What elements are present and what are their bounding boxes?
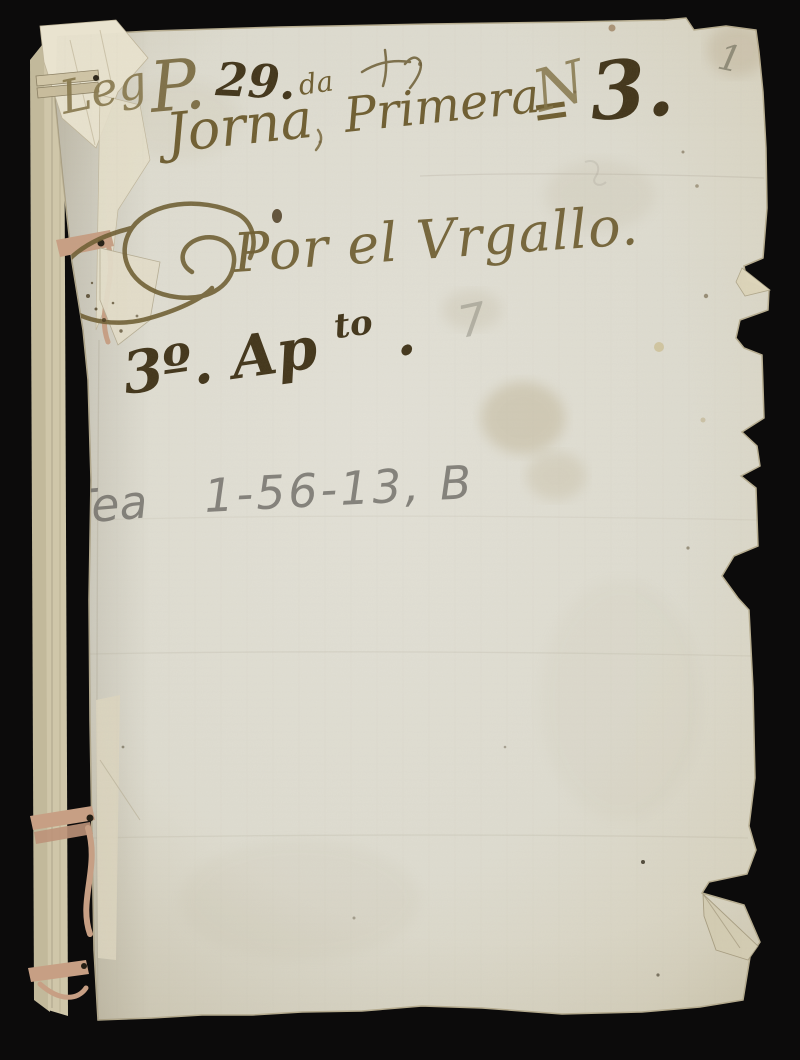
manuscript-scan: Leg P. 29. da Jorna Primera = N 3. 1 Por… <box>0 0 800 1060</box>
page-stack-edges <box>30 36 68 1016</box>
manuscript-photo: Leg P. 29. da Jorna Primera = N 3. 1 Por… <box>0 0 800 1060</box>
paper-texture <box>30 0 790 1060</box>
